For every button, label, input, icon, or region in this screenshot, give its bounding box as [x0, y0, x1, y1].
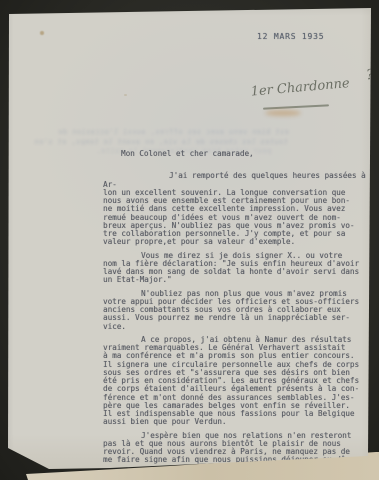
letter-paragraph: J'ai remporté des quelques heures passée…	[103, 172, 377, 246]
verso-bleedthrough-text: toutes les choses de la vie, en avant le…	[34, 138, 288, 146]
verso-bleedthrough-text: est bien venu avec ses offres, aussi l'o…	[58, 128, 289, 136]
letter-paragraph: A ce propos, j'ai obtenu à Namur des rés…	[103, 336, 377, 427]
ink-stain	[265, 110, 301, 116]
paper-speck	[40, 31, 44, 35]
letter-paragraph: N'oubliez pas non plus que vous m'avez p…	[103, 290, 377, 331]
annotation-text: 1er Chardonne	[250, 76, 350, 100]
paper-speck	[124, 94, 127, 96]
photo-background: 12 MARS 1935 1er Chardonne ? est bien ve…	[0, 0, 379, 480]
letter-paper: 12 MARS 1935 1er Chardonne ? est bien ve…	[0, 0, 379, 480]
letter-paragraph: Vous me direz si je dois signer X.. ou v…	[103, 252, 377, 285]
letter-salutation: Mon Colonel et cher camarade,	[121, 150, 377, 158]
annotation-question-mark: ?	[366, 67, 375, 84]
date-stamp: 12 MARS 1935	[257, 32, 324, 41]
typed-letter-body: Mon Colonel et cher camarade, J'ai rempo…	[103, 150, 377, 465]
